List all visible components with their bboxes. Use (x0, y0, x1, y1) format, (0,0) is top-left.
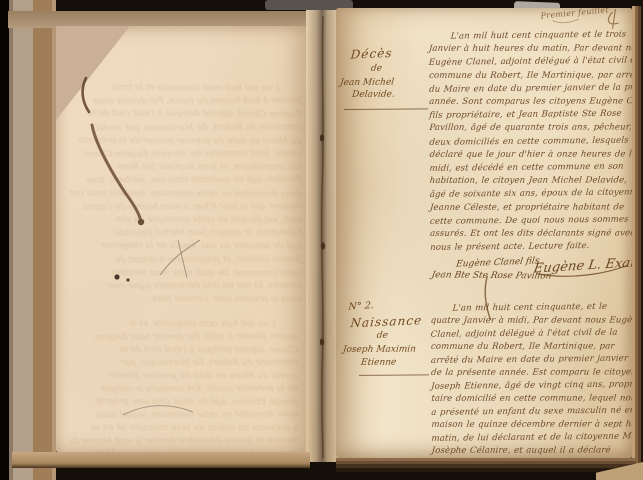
page-block-bottom-right (336, 458, 636, 472)
page-block-bottom-left (12, 452, 310, 468)
stitching-thread (306, 10, 340, 462)
right-page-content: Premier feuillet Décès de Jean Michel De… (336, 8, 632, 458)
right-page: Premier feuillet Décès de Jean Michel De… (336, 8, 632, 458)
page-block-edge (632, 6, 643, 472)
pen-stroke (485, 276, 490, 320)
left-page: L'an mil huit cent cinquante et le trois… (56, 26, 310, 452)
signature-flourish (536, 265, 628, 277)
pen-flourishes (336, 8, 632, 458)
paraph-small (553, 19, 579, 22)
binding-gutter (306, 10, 340, 462)
book-cover-left-edge (0, 0, 56, 480)
paraph-mark (608, 9, 618, 29)
ink-smudge-marks (56, 26, 310, 452)
register-book-scan: L'an mil huit cent cinquante et le trois… (0, 0, 643, 480)
